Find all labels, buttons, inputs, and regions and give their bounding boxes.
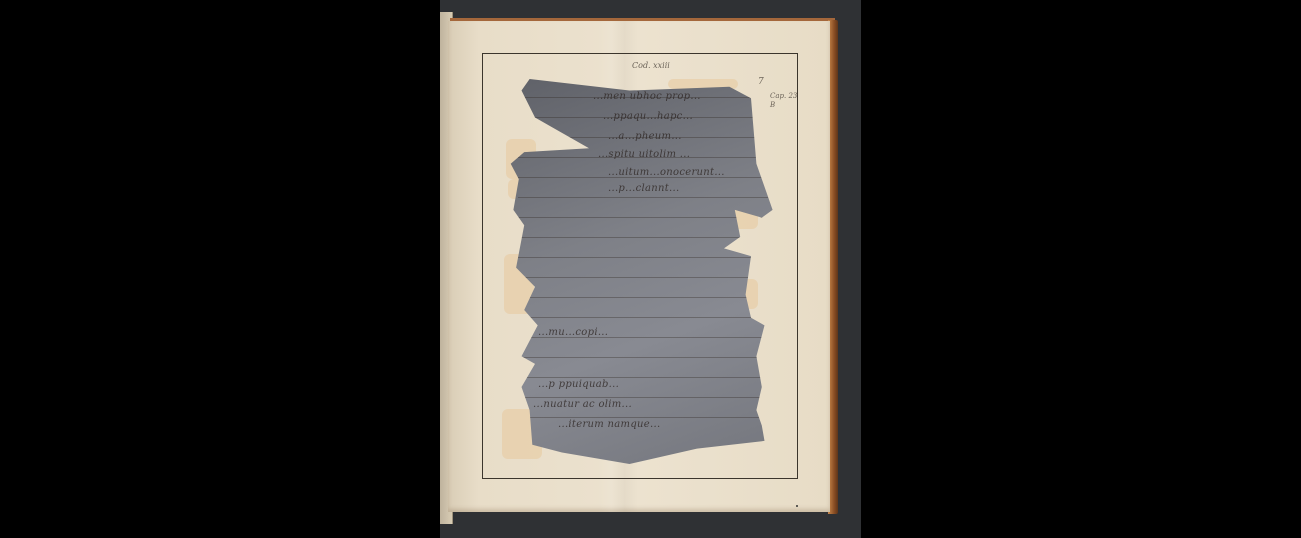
script-line-1: ...men ubhoc prop...	[593, 91, 701, 102]
script-line-5: ...uitum...onocerunt...	[608, 167, 725, 178]
script-line-3: ...a...pheum...	[608, 131, 682, 142]
manuscript-fragment: ...men ubhoc prop... ...ppaqu...hapc... …	[508, 79, 778, 464]
script-line-9: ...nuatur ac olim...	[533, 399, 632, 410]
fragment-mount: ...men ubhoc prop... ...ppaqu...hapc... …	[508, 79, 778, 464]
manuscript-photo: Cod. xxiii 7 Cap. 23 B	[440, 0, 861, 538]
script-line-8: ...p ppuiquab...	[538, 379, 619, 390]
image-viewer: Cod. xxiii 7 Cap. 23 B	[0, 0, 1301, 538]
script-line-2: ...ppaqu...hapc...	[603, 111, 693, 122]
script-line-7: ...mu...copi...	[538, 327, 608, 338]
script-line-10: ...iterum namque...	[558, 419, 660, 430]
speck	[796, 505, 798, 507]
mount-page: Cod. xxiii 7 Cap. 23 B	[448, 21, 830, 512]
annotation-top-center: Cod. xxiii	[632, 61, 670, 70]
script-line-6: ...p...clannt...	[608, 183, 679, 194]
script-line-4: ...spitu uitolim ...	[598, 149, 690, 160]
